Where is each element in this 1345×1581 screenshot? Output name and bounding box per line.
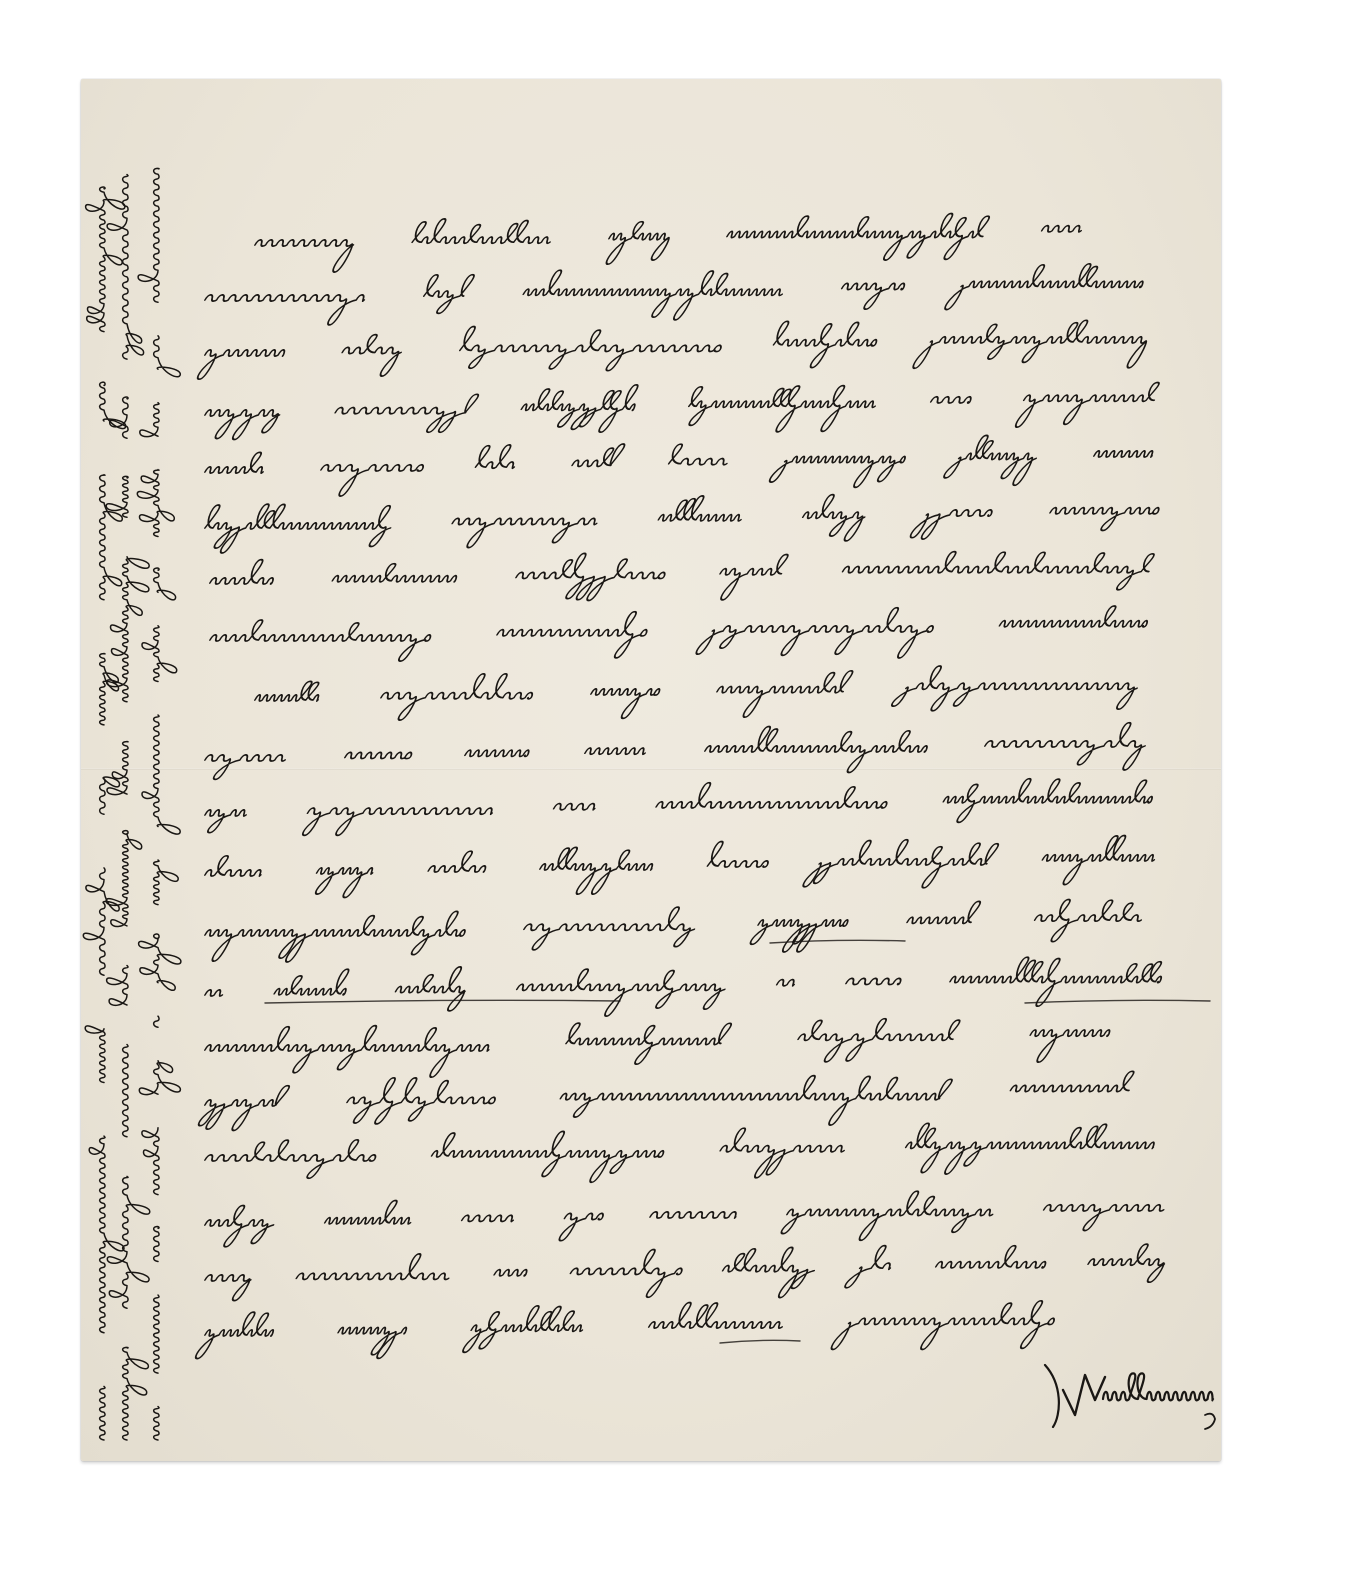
- margin-note-line: der Erkenntnis: ich glaube es wäre wicht…: [96, 133, 112, 1438]
- letter-line: Ich spreche mit voller Überzeugung: [255, 678, 1200, 699]
- letter-photo: jeden Bereich der Zeitschriften zu erfül…: [0, 0, 1345, 1581]
- letter-line: Also bitte ich um einen freundlichen Ber…: [205, 1203, 1215, 1224]
- letter-line: wirkliche Kritik gewünscht würde.: [210, 618, 1215, 639]
- margin-note-line: Vormund Abhandlung Archiv; ich schrieb ü…: [119, 133, 135, 1438]
- letter-line: der Wiener Blätter ein vergleichsweise: [210, 561, 1210, 582]
- letter-line: wenn die gegenwärtigen nicht befriedigen: [205, 333, 1205, 354]
- letter-line: herzustellen könnten, wenn die Revue: [205, 913, 1205, 934]
- letter-line: Verfügung stellen wenn für die Revue: [205, 506, 1215, 527]
- letter-line: die Vorschläge im eigenen Antrag in eige…: [205, 1258, 1210, 1279]
- letter-line: – ohne alle Abhängigkeit – ein unabhängi…: [205, 973, 1210, 994]
- letter-line: aus, daß wir ein bedeutendes Geschäft: [205, 738, 1205, 759]
- letter-line: Dr. Kolb's Geschäftsführung einem: [205, 1083, 1200, 1104]
- letter-line: jeden Bereich der Zeitschriften zu: [255, 223, 1140, 244]
- letter-line: erfüllen u. rücksichtslos der Läuterung: [205, 278, 1200, 299]
- letter-line: Mit der alten lieben Gesinnung: [205, 1313, 1115, 1334]
- letter-line: zu Redaction u. Zugehörigen Verhältnis: [205, 793, 1210, 814]
- signature: RWagner: [1045, 1365, 1225, 1403]
- letter-line: für den und nichts des deutschen Organs: [205, 853, 1210, 874]
- letter-line: Ich würde z. B. Dr. Keller gern zur: [205, 450, 1210, 471]
- letter-line: Unternehmen werden würde! Mit: [205, 1028, 1185, 1049]
- letter-line: freilich Verständnis ebenso ungewöhnlich: [205, 1138, 1215, 1159]
- letter-line: sich halten, andere Vorschläge zu machen…: [205, 393, 1210, 414]
- paper-fold-line: [81, 768, 1221, 770]
- margin-note-line: Ich schrieb ihm Briefe 14. – Juni nach A…: [150, 133, 166, 1438]
